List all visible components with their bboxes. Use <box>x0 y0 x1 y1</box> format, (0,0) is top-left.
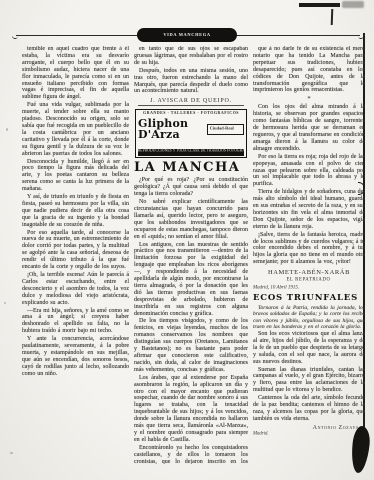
ecos-stanzas: Son los ecos victoriosos que el alma lan… <box>253 331 365 423</box>
paragraph: Desconocida y humilde, llegó á ser en po… <box>22 159 129 194</box>
paragraph: Por eso la tierra es roja; roja del rojo… <box>253 154 365 189</box>
author-signature: HAMETE-ABÉN-XARÁB <box>253 269 365 277</box>
ad-reversed-bar: REPRODUCCIONES Y TODA CLASE DE TRABAJOS … <box>138 149 244 156</box>
masthead-title: VIDA MANCHEGA <box>163 33 210 37</box>
corner-ink-smudge <box>342 1 364 8</box>
paragraph: Fué una vida vulgar, sublimada por la mu… <box>22 102 129 157</box>
author-signature-subtitle: EL REPATRIADO <box>253 277 365 283</box>
paragraph: temible en aquel cuadro que frente á él … <box>22 46 129 101</box>
footer-place: Madrid. <box>253 431 365 437</box>
ad-studio-name: Gliphon D'Arza <box>138 118 207 140</box>
paragraph: en tanto que de sus ojos se escapaban gr… <box>134 46 248 67</box>
column-middle: en tanto que de sus ojos se escapaban gr… <box>134 46 248 464</box>
paragraph: Tierra de hidalgos y de soñadores, cuna … <box>253 189 365 230</box>
photography-ad: GRANDES · TALLERES · FOTOGRÁFICOS Glipho… <box>135 109 247 158</box>
stanza: Suenan las dianas triunfales, cantan las… <box>253 367 365 395</box>
column-right: que á no darle fe de su existencia el me… <box>253 46 365 464</box>
article-title-la-mancha: LA MANCHA <box>134 161 248 174</box>
intro-paragraph: Tornaron á la Patria, rendida la jornada… <box>253 305 365 330</box>
paragraph: De los tiempos visigodos, y como de los … <box>134 318 248 373</box>
paragraph: Y así, de triunfo en triunfo y de fiesta… <box>22 194 129 229</box>
paragraph: Por eso aquella tarde, al conocerse la n… <box>22 230 129 271</box>
paragraph: Después, todos en una misma sesión, uno … <box>134 68 248 96</box>
paragraph: No sabré explicar científicamente las ci… <box>134 199 248 240</box>
paragraph: ¡Salve, tierra de la fantasía heroica, m… <box>253 232 365 267</box>
paragraph: Los árabes, que al extenderse por España… <box>134 375 248 444</box>
paragraph: Los antiguos, con las muestras de sentid… <box>134 242 248 318</box>
ad-city-badge: Ciudad-Real <box>207 124 244 135</box>
ad-name-row: Gliphon D'Arza Ciudad-Real <box>138 118 244 140</box>
ecos-intro: Tornaron á la Patria, rendida la jornada… <box>253 305 365 330</box>
paragraph: Con los ojos del alma mirando á la histo… <box>253 104 365 152</box>
paragraph: Y ante la concurrencia, acercándose paul… <box>22 336 129 377</box>
paragraph: ¿Por qué es roja? ¿Por su constitución g… <box>134 177 248 198</box>
paper-speck <box>10 452 13 454</box>
paper-speck <box>6 128 8 131</box>
paragraph: Encontráronlo ya hecho los conquistadore… <box>134 445 248 464</box>
dateline: Madrid, 10 Abril 1915. <box>253 285 365 292</box>
section-separator-star: * <box>253 95 365 103</box>
paper-speck <box>4 302 6 304</box>
article-byline: J. AVISCAR DE QUEIPO. <box>134 98 248 104</box>
corner-ink-bar <box>299 3 340 7</box>
column-layout: temible en aquel cuadro que frente á él … <box>22 46 365 464</box>
scanned-page: VIDA MANCHEGA temible en aquel cuadro qu… <box>0 0 374 480</box>
divider-rule <box>138 105 244 106</box>
corner-tick-mark <box>331 9 333 25</box>
paragraph: que á no darle fe de su existencia el me… <box>253 46 365 94</box>
stanza: Son los ecos victoriosos que el alma lan… <box>253 331 365 366</box>
masthead-badge: VIDA MANCHEGA <box>138 29 236 41</box>
column-left: temible en aquel cuadro que frente á él … <box>22 46 129 464</box>
ad-service-line: ☞ AMPLIACIONES <box>138 141 244 148</box>
stanza: Cantemos la oda del arte, símbolo fecund… <box>253 395 365 423</box>
article-title-ecos-triunfales: ECOS TRIUNFALES <box>253 294 365 303</box>
dialogue-paragraph: —Era mi hija, señores, y la amé como se … <box>22 308 129 336</box>
paragraph: ¡Oh, la terrible escena! Aún le parecía … <box>22 272 129 307</box>
